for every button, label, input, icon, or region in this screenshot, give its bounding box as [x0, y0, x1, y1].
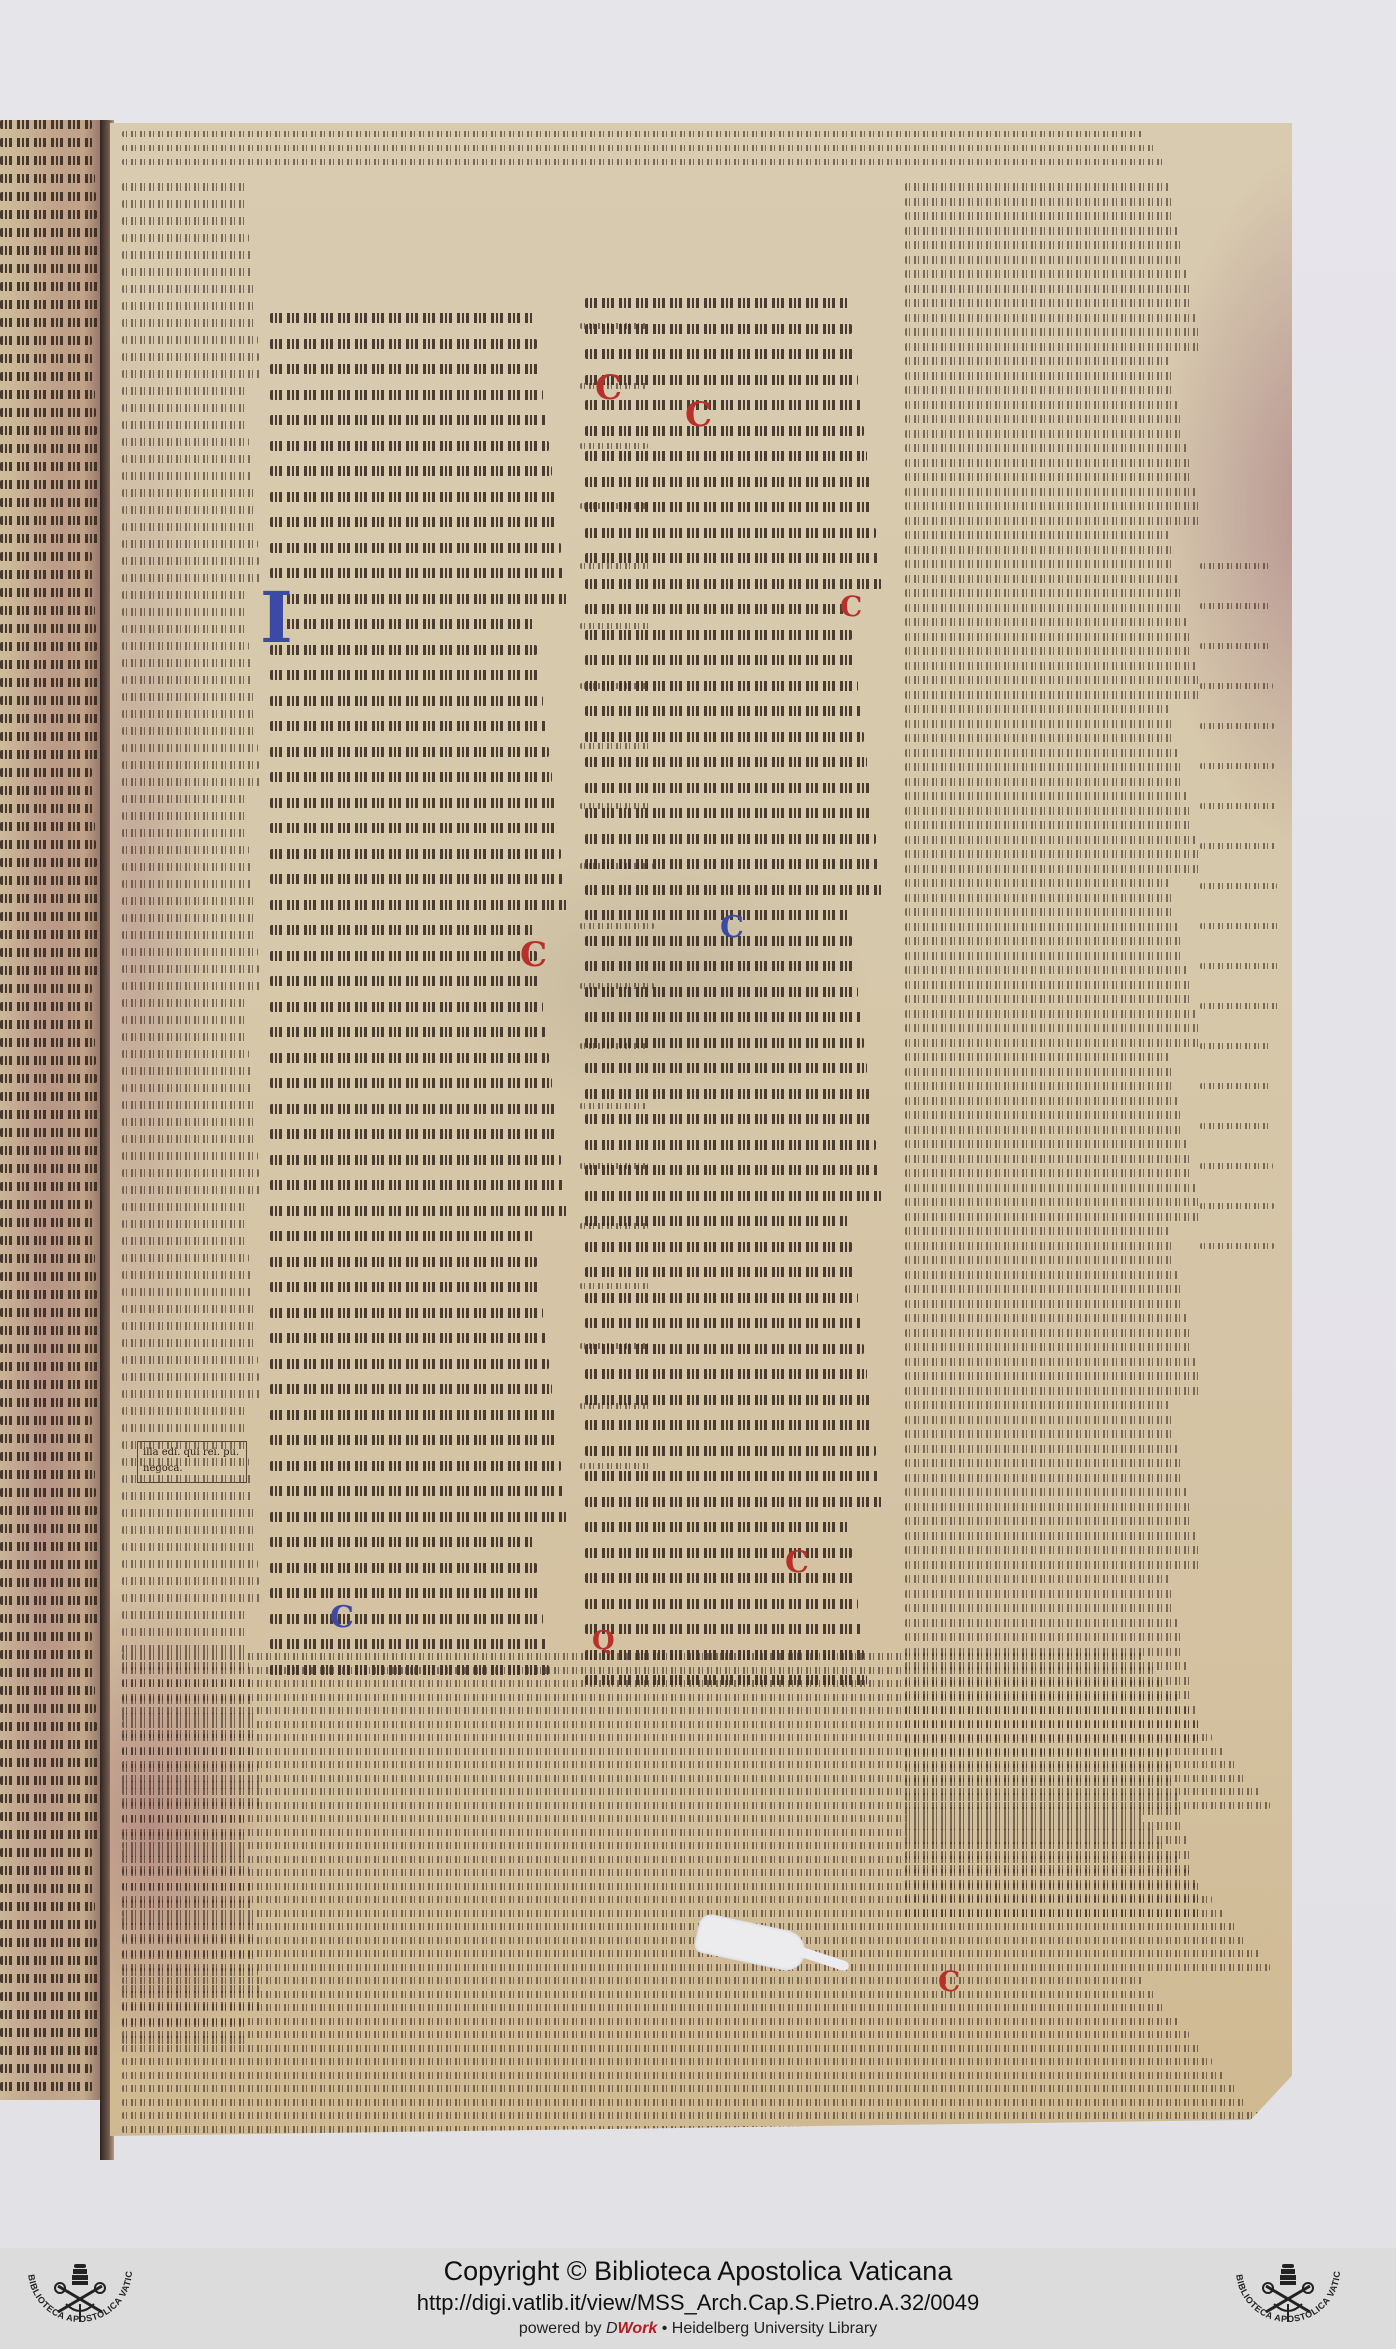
script-line	[0, 552, 92, 561]
script-line	[122, 145, 1154, 151]
script-line	[905, 720, 1172, 728]
script-line	[122, 1991, 1154, 1998]
script-line	[122, 370, 261, 378]
script-line	[122, 1611, 245, 1619]
script-line	[0, 660, 98, 669]
script-line	[905, 1184, 1196, 1192]
script-line	[905, 1053, 1169, 1061]
script-line	[1200, 643, 1272, 649]
script-line	[585, 1573, 855, 1583]
script-line	[585, 1344, 864, 1354]
script-line	[0, 858, 97, 867]
script-line	[0, 948, 102, 957]
script-line	[122, 659, 251, 667]
script-line	[122, 217, 248, 225]
script-line	[270, 900, 567, 910]
script-line	[905, 343, 1202, 351]
script-line	[122, 608, 247, 616]
script-line	[122, 2126, 1270, 2133]
script-line	[270, 1333, 546, 1343]
script-line	[905, 1604, 1175, 1612]
script-line	[905, 850, 1199, 858]
script-line	[585, 426, 864, 436]
script-line	[122, 948, 258, 956]
script-line	[905, 1546, 1199, 1554]
script-line	[122, 1509, 254, 1517]
script-line	[1200, 1003, 1279, 1009]
script-line	[270, 1639, 546, 1649]
script-line	[0, 1668, 94, 1677]
red-initial: C	[685, 398, 712, 432]
script-line	[0, 606, 95, 615]
script-line	[270, 466, 552, 476]
script-line	[122, 540, 258, 548]
script-line	[0, 1200, 92, 1209]
script-line	[1200, 723, 1274, 729]
script-line	[905, 1285, 1181, 1293]
script-line	[122, 1135, 256, 1143]
script-line	[905, 299, 1193, 307]
script-line	[122, 744, 258, 752]
script-line	[0, 480, 100, 489]
boxed-note-line: negoca.	[143, 1461, 241, 1477]
script-line	[122, 1680, 1166, 1687]
script-line	[905, 1227, 1169, 1235]
script-line	[122, 455, 251, 463]
script-line	[0, 696, 100, 705]
script-line	[122, 1101, 254, 1109]
script-line	[585, 859, 879, 869]
script-line	[905, 778, 1184, 786]
script-line	[270, 1512, 567, 1522]
dwork-work: Work	[618, 2320, 658, 2337]
script-line	[0, 318, 103, 327]
script-line	[905, 357, 1169, 365]
script-line	[122, 1910, 1224, 1917]
script-line	[122, 1050, 249, 1058]
manuscript-folio: I C C C C C C C C C Q illa edi. qui rei.…	[110, 123, 1292, 2136]
script-line	[270, 1002, 543, 1012]
script-line	[270, 925, 534, 935]
script-line	[905, 1097, 1178, 1105]
script-line	[270, 364, 540, 374]
script-line	[0, 1344, 100, 1353]
script-line	[122, 1033, 248, 1041]
script-line	[905, 546, 1172, 554]
script-line	[0, 1038, 95, 1047]
script-line	[1200, 1203, 1274, 1209]
script-line	[122, 2099, 1247, 2106]
vatican-library-logo-left: BIBLIOTECA APOSTOLICA VATICANA	[20, 2252, 140, 2347]
script-line	[270, 1435, 558, 1445]
script-line	[585, 528, 876, 538]
script-line	[905, 1155, 1190, 1163]
script-line	[585, 706, 861, 716]
script-line	[905, 1561, 1202, 1569]
script-line	[122, 1896, 1212, 1903]
script-line	[122, 2018, 1178, 2025]
script-line	[122, 1118, 255, 1126]
script-line	[270, 1104, 555, 1114]
script-line	[585, 604, 849, 614]
script-line	[270, 1359, 549, 1369]
script-line	[270, 721, 546, 731]
script-line	[270, 1180, 564, 1190]
script-line	[122, 1788, 1259, 1795]
script-line	[122, 846, 249, 854]
script-line	[905, 676, 1199, 684]
script-line	[270, 1231, 534, 1241]
script-line	[0, 894, 99, 903]
script-line	[122, 523, 256, 531]
script-line	[905, 879, 1169, 887]
script-line	[905, 575, 1178, 583]
script-line	[585, 783, 870, 793]
script-line	[585, 1012, 861, 1022]
script-line	[905, 1242, 1172, 1250]
script-line	[122, 1937, 1247, 1944]
script-line	[905, 1039, 1202, 1047]
script-line	[1200, 803, 1275, 809]
script-line	[122, 812, 247, 820]
script-line	[0, 1740, 98, 1749]
script-line	[905, 328, 1199, 336]
script-line	[905, 1068, 1172, 1076]
script-line	[122, 1829, 1154, 1836]
script-line	[122, 200, 247, 208]
script-line	[270, 1614, 543, 1624]
script-line	[270, 645, 537, 655]
script-line	[0, 840, 96, 849]
script-line	[0, 1488, 96, 1497]
script-line	[270, 1129, 558, 1139]
script-line	[905, 372, 1172, 380]
script-line	[585, 961, 855, 971]
script-line	[122, 1271, 251, 1279]
script-line	[0, 426, 97, 435]
script-line	[905, 691, 1202, 699]
script-line	[0, 984, 92, 993]
script-line	[122, 1707, 1189, 1714]
script-line	[270, 1486, 564, 1496]
dwork-brand: DWork	[606, 2320, 657, 2337]
script-line	[585, 1293, 858, 1303]
script-line	[585, 1599, 858, 1609]
script-line	[270, 874, 564, 884]
script-line	[905, 459, 1190, 467]
script-line	[0, 390, 95, 399]
script-line	[122, 234, 249, 242]
script-line	[585, 1242, 852, 1252]
script-line	[905, 1619, 1178, 1627]
script-line	[122, 2072, 1224, 2079]
script-line	[905, 1590, 1172, 1598]
script-line	[122, 2004, 1166, 2011]
script-line	[0, 1380, 102, 1389]
script-line	[270, 1282, 540, 1292]
script-line	[122, 131, 1143, 137]
script-line	[122, 1543, 256, 1551]
script-line	[905, 1140, 1187, 1148]
script-line	[905, 517, 1202, 525]
script-line	[0, 966, 103, 975]
script-line	[0, 1074, 97, 1083]
script-line	[122, 1169, 259, 1177]
script-line	[122, 880, 252, 888]
script-line	[905, 952, 1184, 960]
script-line	[122, 1694, 1178, 1701]
script-line	[585, 1446, 876, 1456]
script-line	[905, 908, 1175, 916]
script-line	[905, 1343, 1193, 1351]
blue-initial-i: I	[260, 583, 293, 653]
powered-prefix: powered by	[519, 2320, 606, 2337]
script-line	[270, 798, 555, 808]
script-line	[585, 808, 873, 818]
gloss-outer-margin	[1200, 563, 1280, 1283]
script-line	[0, 1128, 100, 1137]
script-line	[905, 966, 1187, 974]
script-line	[0, 282, 101, 291]
script-line	[905, 1459, 1181, 1467]
script-line	[0, 1164, 102, 1173]
script-line	[270, 670, 540, 680]
script-line	[0, 1920, 96, 1929]
script-line	[0, 138, 93, 147]
script-line	[585, 579, 882, 589]
script-line	[1200, 883, 1277, 889]
script-line	[122, 1775, 1247, 1782]
script-line	[905, 633, 1190, 641]
script-line	[585, 834, 876, 844]
script-line	[270, 1563, 537, 1573]
script-line	[122, 1977, 1143, 1984]
script-line	[0, 1758, 99, 1767]
script-line	[0, 1092, 98, 1101]
script-line	[0, 1218, 93, 1227]
script-line	[905, 705, 1169, 713]
script-line	[905, 227, 1178, 235]
svg-text:BIBLIOTECA APOSTOLICA VATICANA: BIBLIOTECA APOSTOLICA VATICANA	[20, 2252, 134, 2324]
script-line	[905, 1082, 1175, 1090]
script-line	[0, 1866, 93, 1875]
script-line	[585, 910, 849, 920]
script-line	[122, 159, 1166, 165]
script-line	[270, 1537, 534, 1547]
script-line	[905, 1358, 1196, 1366]
script-line	[122, 1220, 247, 1228]
script-line	[0, 174, 95, 183]
script-line	[0, 1686, 95, 1695]
script-line	[270, 339, 537, 349]
script-line	[0, 1506, 97, 1515]
script-line	[122, 1869, 1189, 1876]
script-line	[122, 727, 256, 735]
script-line	[905, 1198, 1199, 1206]
script-line	[270, 492, 555, 502]
script-line	[0, 732, 102, 741]
script-line	[122, 710, 255, 718]
script-line	[122, 778, 261, 786]
script-line	[0, 372, 94, 381]
script-line	[122, 1721, 1201, 1728]
script-line	[270, 823, 558, 833]
script-line	[905, 821, 1193, 829]
script-line	[122, 914, 255, 922]
script-line	[585, 375, 858, 385]
script-line	[905, 1517, 1193, 1525]
script-line	[122, 183, 245, 191]
script-line	[585, 502, 873, 512]
script-line	[1200, 1123, 1272, 1129]
script-line	[0, 1146, 101, 1155]
script-line	[905, 314, 1196, 322]
script-line	[0, 228, 98, 237]
script-line	[585, 732, 864, 742]
script-line	[0, 1830, 103, 1839]
script-line	[905, 1488, 1187, 1496]
blue-initial: C	[330, 1603, 354, 1633]
script-line	[1200, 603, 1271, 609]
script-line	[0, 354, 93, 363]
script-line	[905, 386, 1175, 394]
script-line	[905, 647, 1193, 655]
script-line	[122, 1237, 248, 1245]
script-line	[905, 183, 1169, 191]
script-line	[122, 1594, 261, 1602]
script-line	[122, 676, 252, 684]
script-line	[905, 865, 1202, 873]
script-line	[0, 1272, 96, 1281]
script-line	[0, 1794, 101, 1803]
script-line	[905, 792, 1187, 800]
script-line	[122, 336, 258, 344]
script-line	[270, 1206, 567, 1216]
script-line	[0, 300, 102, 309]
script-line	[585, 451, 867, 461]
script-line	[905, 894, 1172, 902]
script-line	[0, 2082, 93, 2091]
script-line	[0, 1902, 95, 1911]
script-line	[122, 1084, 252, 1092]
script-line	[0, 1416, 92, 1425]
script-line	[122, 574, 261, 582]
script-line	[905, 473, 1193, 481]
script-line	[0, 498, 101, 507]
svg-text:BIBLIOTECA APOSTOLICA VATICANA: BIBLIOTECA APOSTOLICA VATICANA	[1228, 2252, 1342, 2324]
script-line	[122, 1815, 1143, 1822]
script-line	[122, 1152, 258, 1160]
script-line	[0, 444, 98, 453]
script-line	[122, 1186, 261, 1194]
script-line	[585, 1548, 852, 1558]
manuscript-url[interactable]: http://digi.vatlib.it/view/MSS_Arch.Cap.…	[0, 2290, 1396, 2316]
script-line	[0, 264, 100, 273]
script-line	[0, 822, 95, 831]
boxed-marginal-note: illa edi. qui rei. pu. negoca.	[137, 1441, 247, 1483]
script-line	[905, 1401, 1169, 1409]
script-line	[585, 324, 852, 334]
script-line	[585, 987, 858, 997]
script-line	[122, 557, 259, 565]
script-line	[122, 2058, 1212, 2065]
script-line	[905, 923, 1178, 931]
script-line	[905, 618, 1187, 626]
script-line	[270, 1078, 552, 1088]
script-line	[0, 2046, 103, 2055]
script-line	[122, 1373, 259, 1381]
script-line	[585, 655, 855, 665]
script-line	[905, 937, 1181, 945]
script-line	[122, 693, 254, 701]
script-line	[122, 1645, 248, 1653]
papal-coat-of-arms-icon: BIBLIOTECA APOSTOLICA VATICANA	[1228, 2252, 1348, 2347]
script-line	[122, 1356, 258, 1364]
script-line	[122, 1653, 1143, 1660]
script-line	[905, 401, 1178, 409]
script-line	[905, 807, 1190, 815]
script-line	[0, 210, 97, 219]
script-line	[585, 1063, 867, 1073]
script-line	[905, 502, 1199, 510]
script-line	[0, 156, 94, 165]
script-line	[905, 1372, 1199, 1380]
script-line	[905, 1024, 1199, 1032]
script-line	[122, 251, 251, 259]
script-line	[0, 570, 93, 579]
script-line	[122, 1407, 245, 1415]
script-line	[905, 1387, 1202, 1395]
script-line	[905, 1010, 1196, 1018]
script-line	[122, 1067, 251, 1075]
script-line	[1200, 843, 1276, 849]
script-line	[270, 415, 546, 425]
script-line	[585, 553, 879, 563]
script-line	[122, 1339, 256, 1347]
script-line	[122, 2085, 1236, 2092]
script-line	[905, 1532, 1196, 1540]
powered-by: powered by DWork • Heidelberg University…	[0, 2320, 1396, 2338]
script-line	[905, 241, 1181, 249]
script-line	[122, 421, 248, 429]
text-column-left	[270, 313, 570, 1690]
script-line	[270, 619, 534, 629]
script-line	[585, 1318, 861, 1328]
script-line	[585, 1089, 870, 1099]
script-line	[0, 588, 94, 597]
gloss-top	[122, 131, 1282, 173]
script-line	[0, 534, 103, 543]
script-line	[1200, 1083, 1271, 1089]
script-line	[122, 2112, 1259, 2119]
script-line	[585, 1165, 879, 1175]
script-line	[1200, 563, 1270, 569]
boxed-note-line: illa edi. qui rei. pu.	[143, 1445, 241, 1461]
script-line	[905, 1329, 1190, 1337]
script-line	[0, 462, 99, 471]
script-line	[905, 198, 1172, 206]
script-line	[585, 1395, 870, 1405]
script-line	[0, 2064, 92, 2073]
script-line	[905, 560, 1175, 568]
script-line	[905, 1445, 1178, 1453]
script-line	[905, 836, 1196, 844]
script-line	[122, 1802, 1270, 1809]
vatican-library-logo-right: BIBLIOTECA APOSTOLICA VATICANA	[1228, 2252, 1348, 2347]
script-line	[585, 1471, 879, 1481]
script-line	[122, 795, 245, 803]
script-line	[585, 1140, 876, 1150]
